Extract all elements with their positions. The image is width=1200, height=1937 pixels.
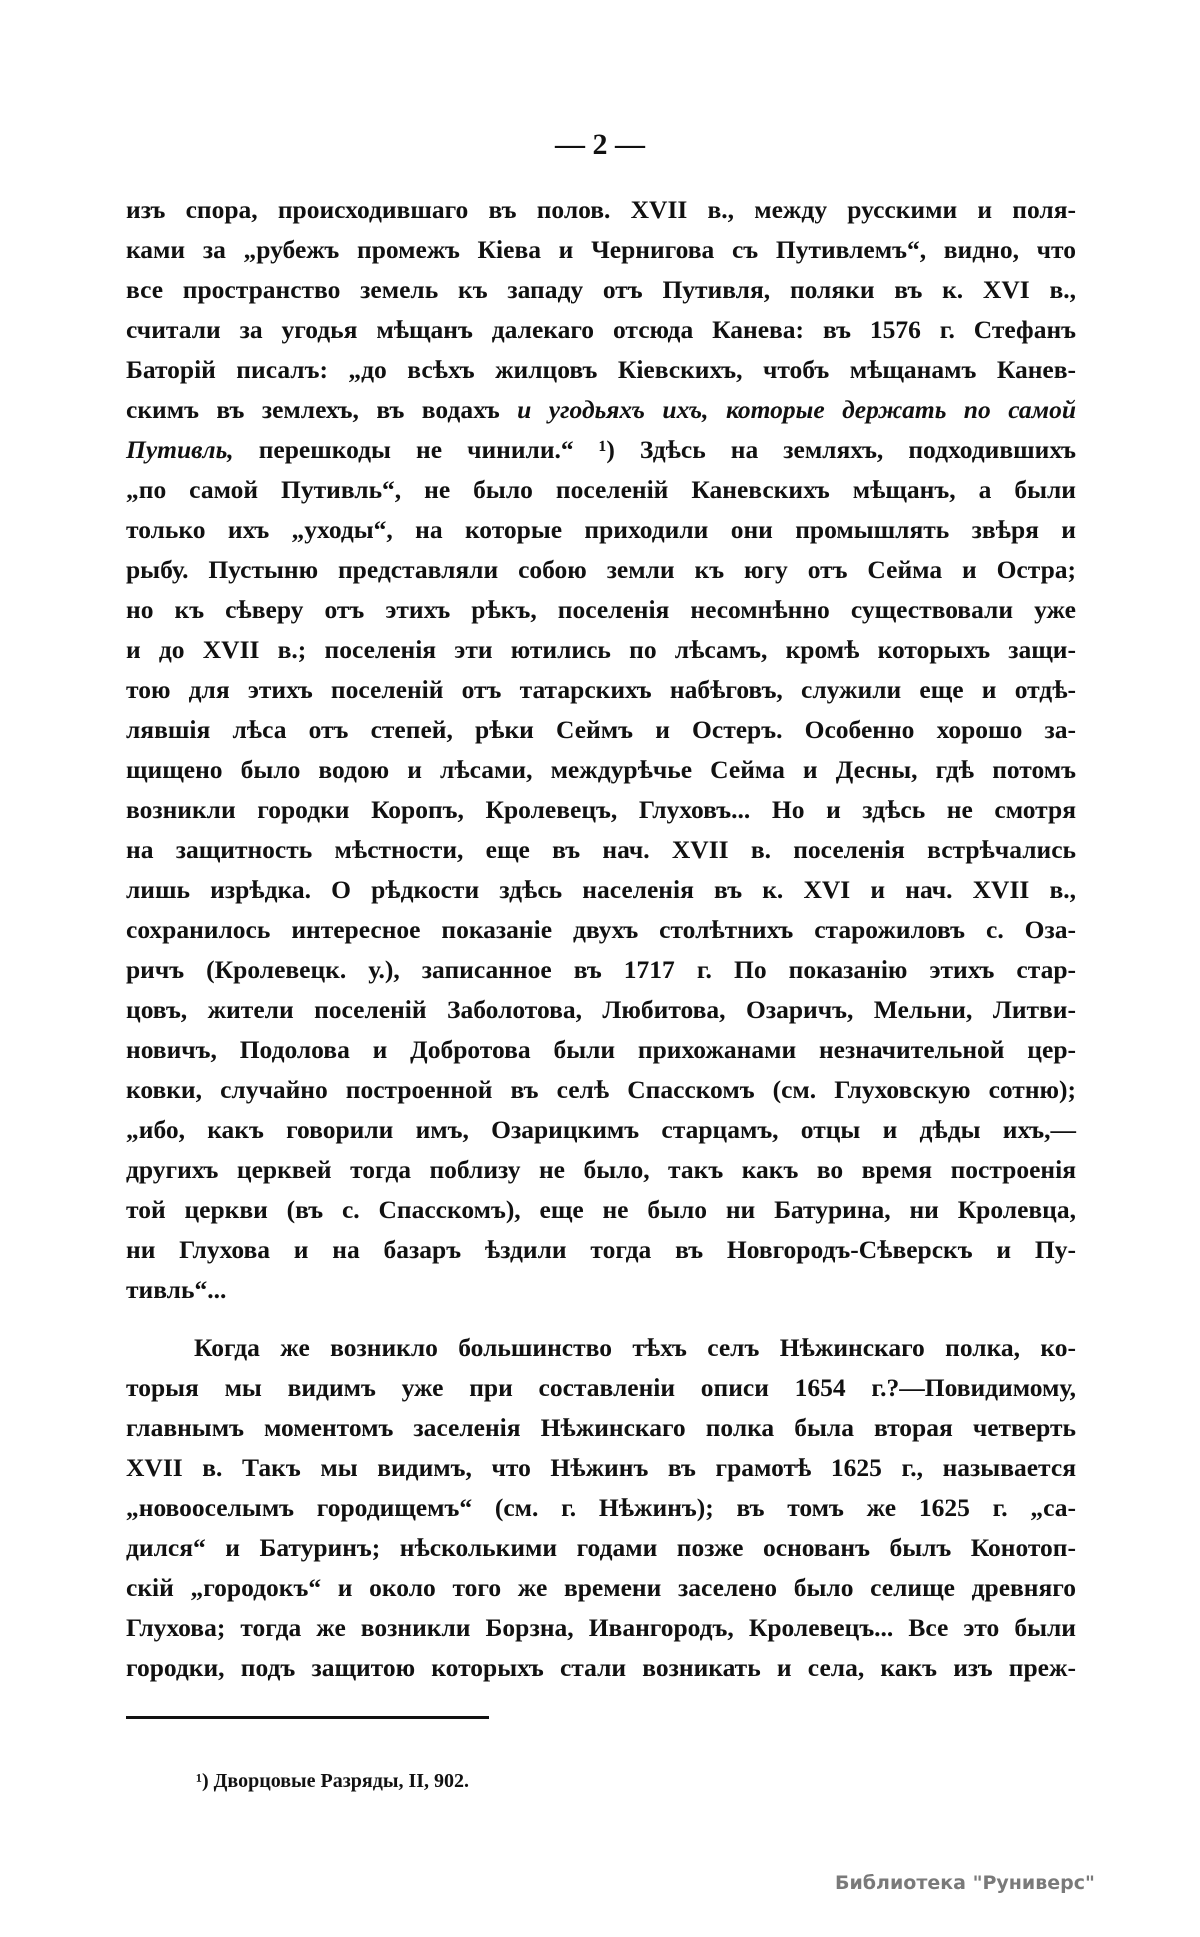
italic-quote-segment: и угодьяхъ ихъ, которые держать по самой	[517, 395, 1076, 424]
italic-quote-segment: Путивль,	[126, 435, 234, 464]
text-line: тою для этихъ поселеній отъ татарскихъ н…	[126, 670, 1076, 710]
text-line-mixed: Путивль, перешкоды не чинили.“ ¹) Здѣсь …	[126, 430, 1076, 470]
plain-segment: перешкоды не чинили.“ ¹) Здѣсь на землях…	[234, 435, 1076, 464]
body-text: изъ спора, происходившаго въ полов. XVII…	[126, 190, 1076, 1688]
text-line: считали за угодья мѣщанъ далекаго отсюда…	[126, 310, 1076, 350]
plain-segment: скимъ въ землехъ, въ водахъ	[126, 395, 517, 424]
text-line: щищено было водою и лѣсами, междурѣчье С…	[126, 750, 1076, 790]
footnote-divider	[126, 1716, 489, 1719]
footnote: ¹) Дворцовые Разряды, II, 902.	[196, 1770, 469, 1793]
paragraph-2: Когда же возникло большинство тѣхъ селъ …	[126, 1328, 1076, 1688]
text-line: только ихъ „уходы“, на которые приходили…	[126, 510, 1076, 550]
text-line: ричъ (Кролевецк. у.), записанное въ 1717…	[126, 950, 1076, 990]
text-line: возникли городки Коропъ, Кролевецъ, Глух…	[126, 790, 1076, 830]
paragraph-1: изъ спора, происходившаго въ полов. XVII…	[126, 190, 1076, 1310]
text-line: на защитность мѣстности, еще въ нач. XVI…	[126, 830, 1076, 870]
text-line: XVII в. Такъ мы видимъ, что Нѣжинъ въ гр…	[126, 1448, 1076, 1488]
text-line: дился“ и Батуринъ; нѣсколькими годами по…	[126, 1528, 1076, 1568]
text-line: лявшія лѣса отъ степей, рѣки Сеймъ и Ост…	[126, 710, 1076, 750]
text-line: Глухова; тогда же возникли Борзна, Иванг…	[126, 1608, 1076, 1648]
library-watermark: Библиотека "Руниверс"	[835, 1872, 1095, 1894]
text-line: городки, подъ защитою которыхъ стали воз…	[126, 1648, 1076, 1688]
text-line: „ибо, какъ говорили имъ, Озарицкимъ стар…	[126, 1110, 1076, 1150]
text-line: и до XVII в.; поселенія эти ютились по л…	[126, 630, 1076, 670]
text-line: главнымъ моментомъ заселенія Нѣжинскаго …	[126, 1408, 1076, 1448]
text-line: той церкви (въ с. Спасскомъ), еще не был…	[126, 1190, 1076, 1230]
text-line: Когда же возникло большинство тѣхъ селъ …	[126, 1328, 1076, 1368]
text-line: торыя мы видимъ уже при составленіи опис…	[126, 1368, 1076, 1408]
text-line: цовъ, жители поселеній Заболотова, Любит…	[126, 990, 1076, 1030]
text-line: скій „городокъ“ и около того же времени …	[126, 1568, 1076, 1608]
text-line: рыбу. Пустыню представляли собою земли к…	[126, 550, 1076, 590]
text-line: Баторій писалъ: „до всѣхъ жилцовъ Кіевск…	[126, 350, 1076, 390]
page-number: — 2 —	[0, 128, 1200, 162]
text-line: сохранилось интересное показаніе двухъ с…	[126, 910, 1076, 950]
text-line: изъ спора, происходившаго въ полов. XVII…	[126, 190, 1076, 230]
text-line: новичъ, Подолова и Добротова были прихож…	[126, 1030, 1076, 1070]
paragraph-gap	[126, 1310, 1076, 1328]
text-line: лишь изрѣдка. О рѣдкости здѣсь населенія…	[126, 870, 1076, 910]
text-line-mixed: скимъ въ землехъ, въ водахъ и угодьяхъ и…	[126, 390, 1076, 430]
text-line: „новооселымъ городищемъ“ (см. г. Нѣжинъ)…	[126, 1488, 1076, 1528]
text-line: тивль“...	[126, 1270, 1076, 1310]
text-line: все пространство земель къ западу отъ Пу…	[126, 270, 1076, 310]
text-line: но къ сѣверу отъ этихъ рѣкъ, поселенія н…	[126, 590, 1076, 630]
text-line: ни Глухова и на базаръ ѣздили тогда въ Н…	[126, 1230, 1076, 1270]
text-line: „по самой Путивль“, не было поселеній Ка…	[126, 470, 1076, 510]
text-line: ковки, случайно построенной въ селѣ Спас…	[126, 1070, 1076, 1110]
text-line: другихъ церквей тогда поблизу не было, т…	[126, 1150, 1076, 1190]
text-line: ками за „рубежъ промежъ Кіева и Чернигов…	[126, 230, 1076, 270]
